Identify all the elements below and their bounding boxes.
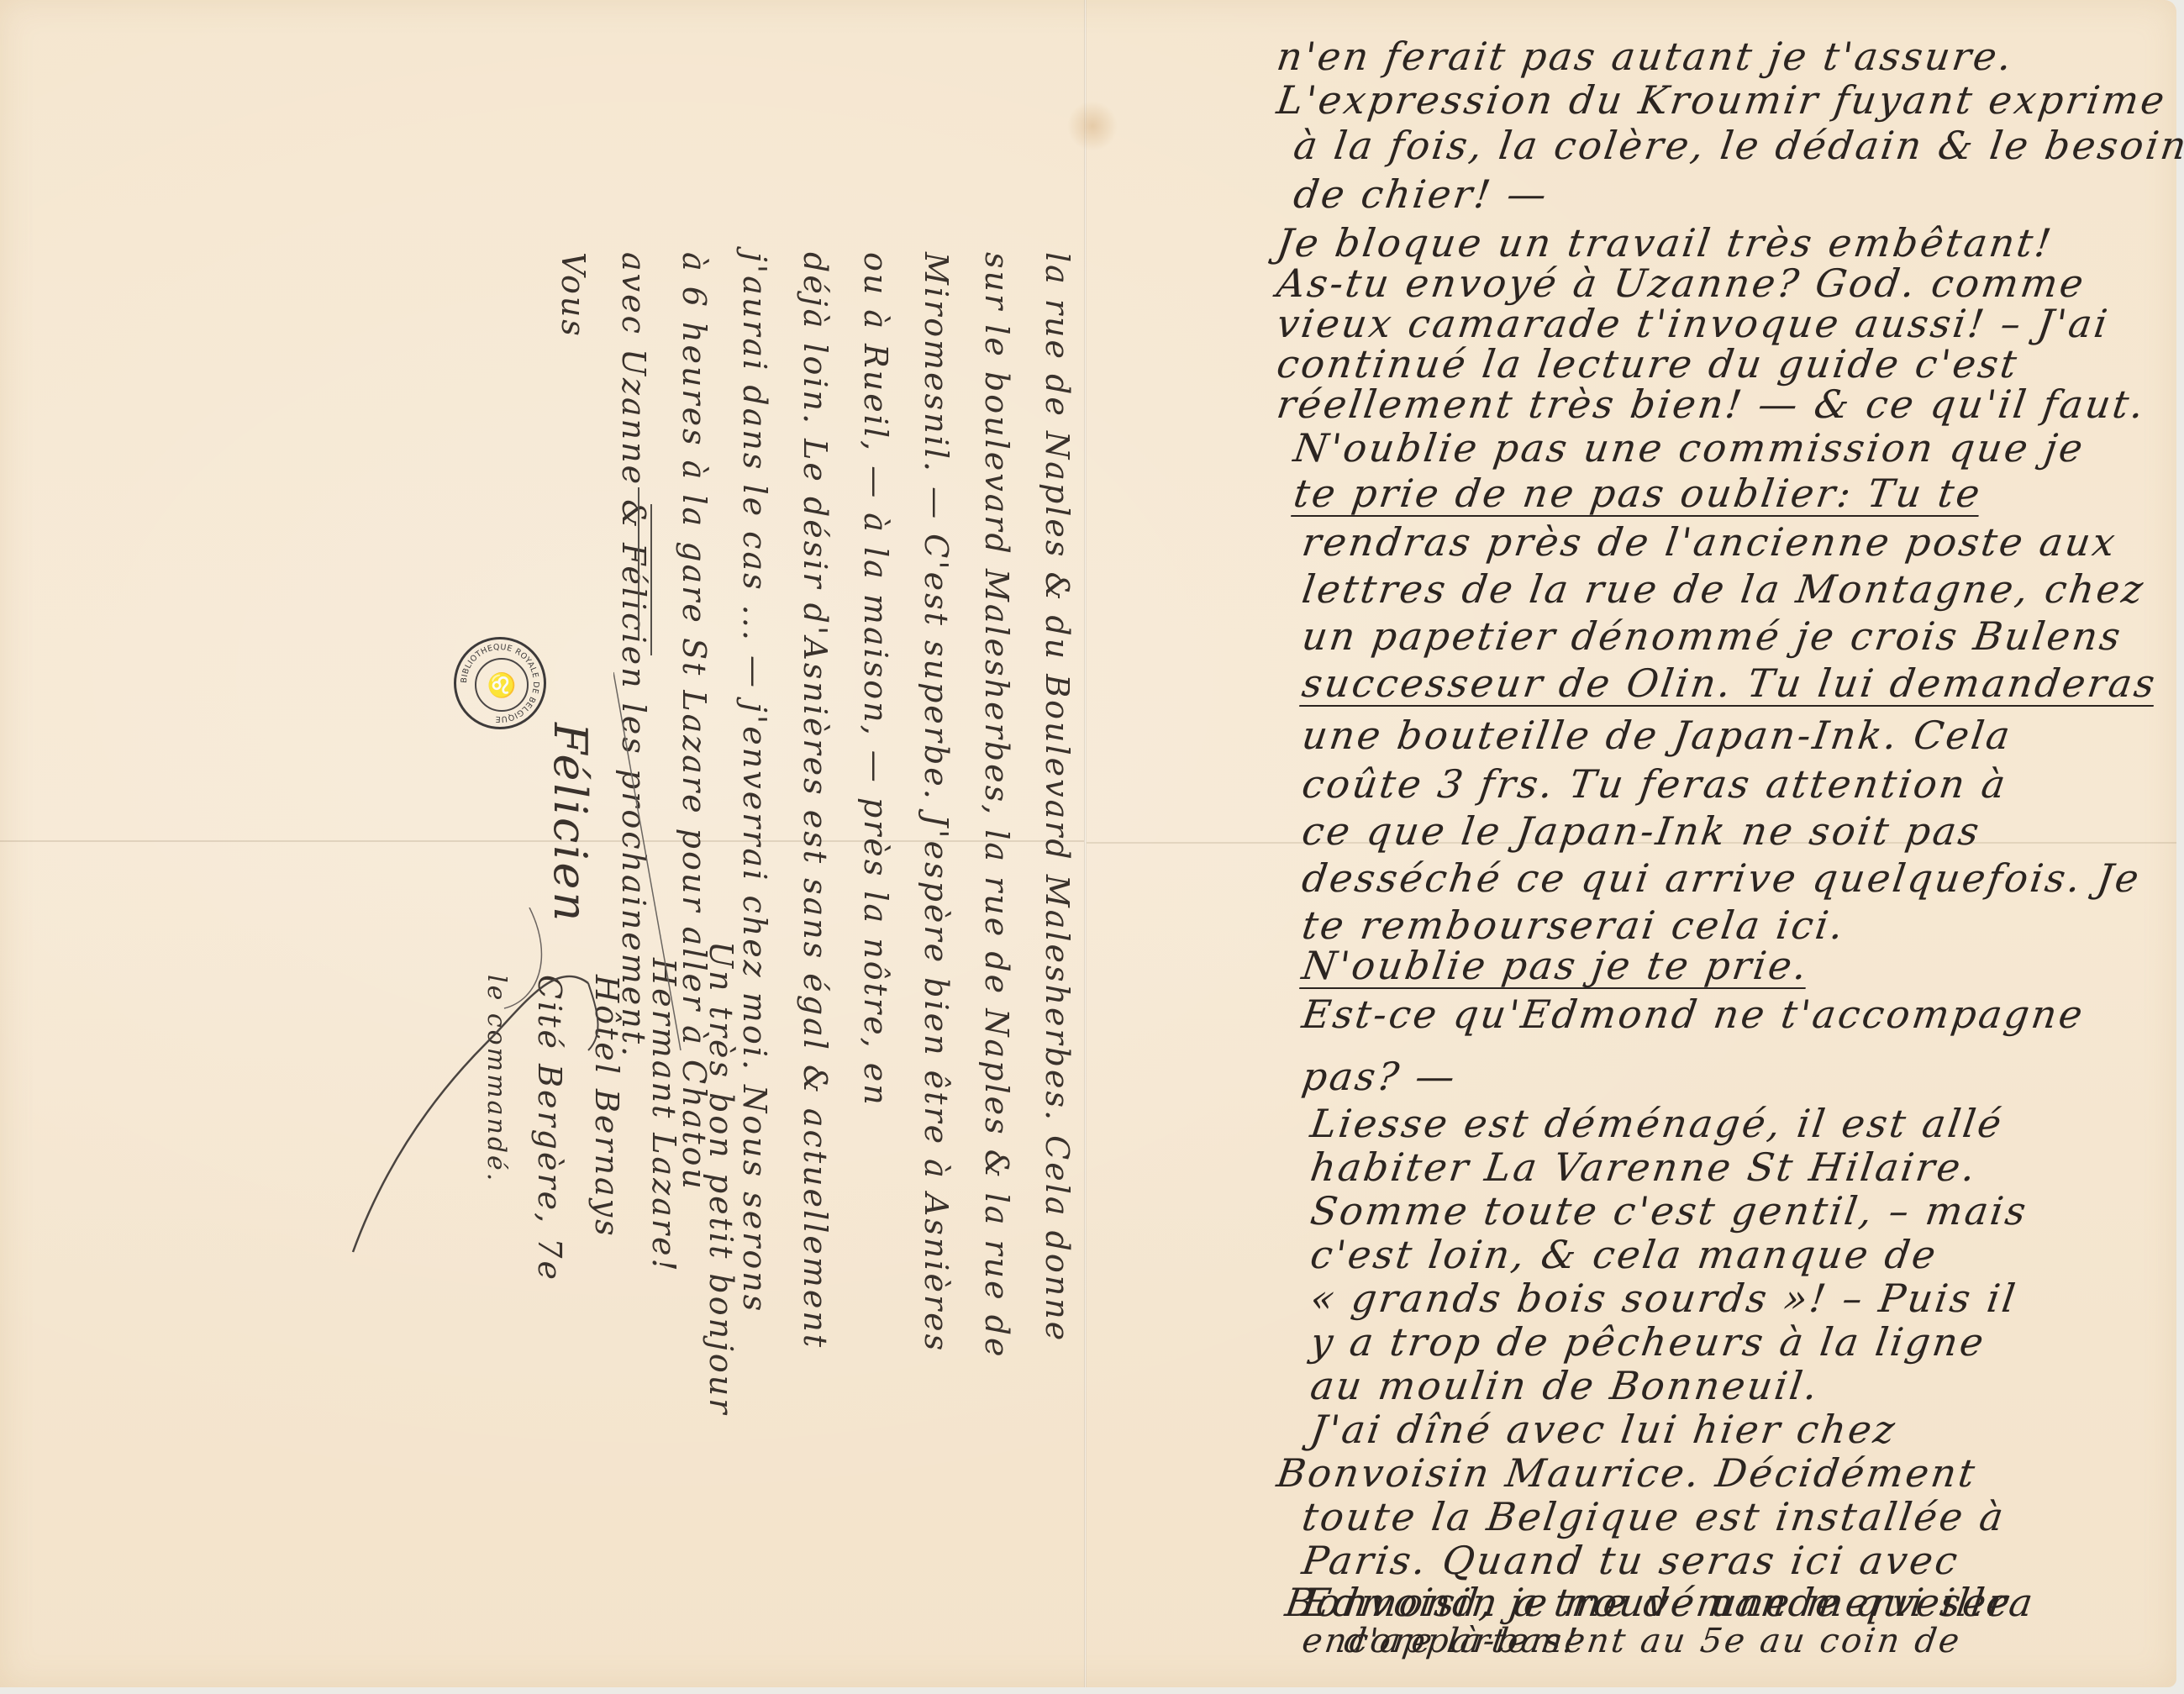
letter-line: Est-ce qu'Edmond ne t'accompagne — [1299, 992, 2087, 1037]
letter-line: Je bloque un travail très embêtant! — [1274, 220, 2056, 266]
letter-line: J'ai dîné avec lui hier chez — [1308, 1407, 1900, 1452]
letter-line: Paris. Quand tu seras ici avec — [1299, 1538, 1962, 1583]
letter-sheet: la rue de Naples & du Boulevard Malesher… — [0, 0, 2176, 1687]
pencil-flourish — [336, 907, 605, 1260]
letter-line: au moulin de Bonneuil. — [1308, 1363, 1823, 1408]
paper-stain — [1067, 101, 1118, 151]
letter-line: lettres de la rue de la Montagne, chez — [1299, 566, 2148, 612]
letter-line: As-tu envoyé à Uzanne? God. comme — [1274, 260, 2088, 306]
center-fold — [1084, 0, 1087, 1687]
letter-line: desséché ce qui arrive quelquefois. Je — [1299, 855, 2144, 901]
left-line: la rue de Naples & du Boulevard Malesher… — [1039, 252, 1076, 1343]
letter-line: Somme toute c'est gentil, – mais — [1308, 1188, 2031, 1234]
left-line: Vous — [555, 252, 592, 339]
left-line: sur le boulevard Malesherbes, la rue de … — [978, 252, 1015, 1360]
letter-line: c'est loin, & cela manque de — [1308, 1232, 1940, 1277]
pencil-strokes — [613, 471, 714, 1059]
letter-line: habiter La Varenne St Hilaire. — [1308, 1144, 1981, 1190]
letter-line-underlined: N'oublie pas je te prie. — [1299, 943, 1812, 988]
library-stamp: BIBLIOTHEQUE ROYALE DE BELGIQUE ♌ — [454, 637, 546, 729]
letter-line-underlined: successeur de Olin. Tu lui demanderas — [1299, 660, 2160, 706]
letter-line: n'en ferait pas autant je t'assure. — [1274, 34, 2017, 79]
letter-line: réellement très bien! — & ce qu'il faut. — [1274, 381, 2149, 427]
signature: Félicien — [544, 723, 597, 923]
letter-line: Bonvoisin a trouvé une merveille — [1282, 1580, 2015, 1625]
letter-line: d'appartement au 5e au coin de — [1342, 1622, 1965, 1660]
letter-line: te rembourserai cela ici. — [1299, 902, 1849, 948]
letter-line-underlined: te prie de ne pas oublier: Tu te — [1291, 471, 1985, 516]
letter-line: toute la Belgique est installée à — [1299, 1494, 2008, 1539]
left-line: ou à Rueil, — à la maison, — près la nôt… — [857, 252, 894, 1107]
letter-line: Liesse est déménagé, il est allé — [1308, 1101, 2007, 1146]
letter-line: à la fois, la colère, le dédain & le bes… — [1291, 123, 2184, 168]
lion-icon: ♌ — [475, 658, 529, 712]
letter-line: y a trop de pêcheurs à la ligne — [1308, 1319, 1988, 1365]
letter-line: pas? — — [1299, 1054, 1460, 1099]
left-line: déjà loin. Le désir d'Asnières est sans … — [797, 252, 834, 1349]
letter-line: coûte 3 frs. Tu feras attention à — [1299, 761, 2010, 807]
letter-line: de chier! — — [1291, 171, 1551, 217]
letter-line: continué la lecture du guide c'est — [1274, 341, 2022, 387]
letter-line: N'oublie pas une commission que je — [1291, 425, 2087, 471]
letter-line: une bouteille de Japan-Ink. Cela — [1299, 713, 2015, 758]
right-page: n'en ferait pas autant je t'assure. L'ex… — [1277, 34, 2134, 1655]
left-line: j'aurai dans le cas ... — j'enverrai che… — [736, 252, 773, 1313]
letter-line: ce que le Japan-Ink ne soit pas — [1299, 808, 1984, 854]
letter-line: « grands bois sourds »! – Puis il — [1308, 1276, 2020, 1321]
letter-line: vieux camarade t'invoque aussi! – J'ai — [1274, 301, 2113, 346]
letter-line: rendras près de l'ancienne poste aux — [1299, 519, 2120, 565]
letter-line: Bonvoisin Maurice. Décidément — [1274, 1450, 1980, 1496]
letter-line: un papetier dénommé je crois Bulens — [1299, 613, 2125, 659]
left-line: Miromesnil. — C'est superbe. J'espère bi… — [918, 252, 955, 1353]
letter-line: L'expression du Kroumir fuyant exprime — [1274, 77, 2170, 123]
